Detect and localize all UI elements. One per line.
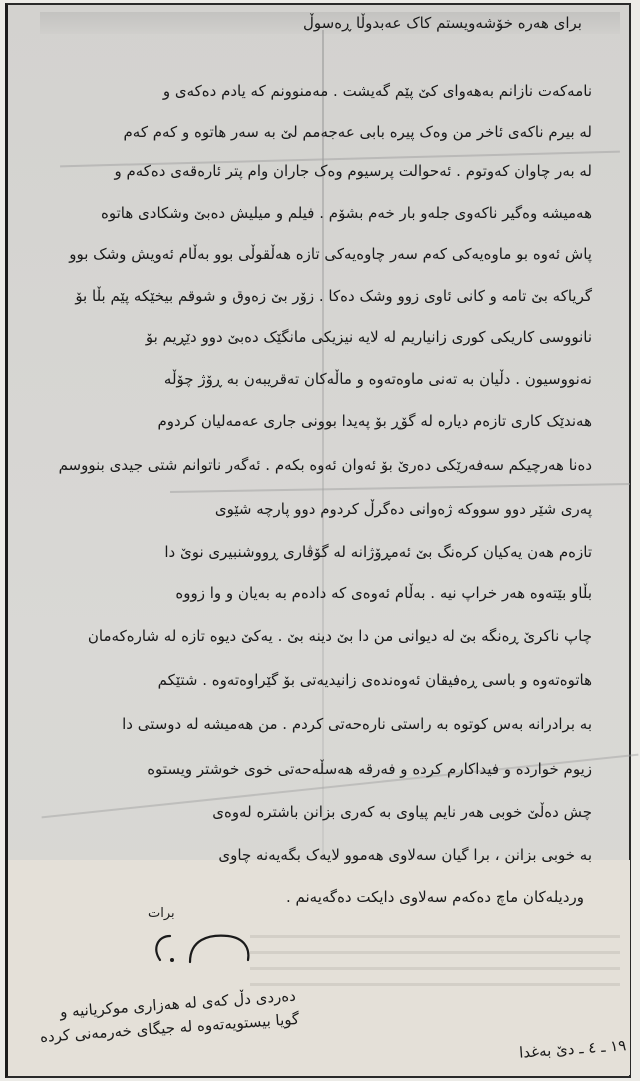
letter-line: نانووسی کاریکی کوری زانیاریم لە لایە نیز… <box>146 328 592 346</box>
letter-line: هاتوەتەوە و باسی ڕەفیقان ئەوەندەی زانیدی… <box>158 671 592 689</box>
scan-background: برای هەرە خۆشەویستم کاک عەبدوڵا ڕەسوڵ نا… <box>0 0 640 1081</box>
letter-line: نامەکەت نازانم بەهەوای کێ پێم گەیشت . مە… <box>163 82 592 100</box>
letter-line: چاپ ناکرێ ڕەنگە بێ لە دیوانی من دا بێ دی… <box>88 627 592 645</box>
letter-line: بڵاو بێتەوە هەر خراپ نیە . بەڵام ئەوەی ک… <box>175 584 592 602</box>
letter-greeting: برای هەرە خۆشەویستم کاک عەبدوڵا ڕەسوڵ <box>303 14 582 32</box>
letter-line: نەنووسیون . دڵیان بە تەنی ماوەتەوە و ماڵ… <box>164 370 592 388</box>
letter-line: هەمیشە وەگیر ناکەوی جلەو بار خەم بشۆم . … <box>101 204 592 222</box>
letter-line: پەری شێر دوو سووکە ژەوانی دەگرڵ کردوم دو… <box>215 500 592 518</box>
letter-line: هەندێک کاری تازەم دیارە لە گۆڕ بۆ پەیدا … <box>158 412 592 430</box>
letter-line: تازەم هەن یەکیان کرەنگ بێ ئەمڕۆژانە لە گ… <box>164 543 592 561</box>
letter-line: زیوم خواردە و فیداکارم کردە و فەرقە هەسڵ… <box>147 760 592 778</box>
closing-brother: برات <box>148 906 175 921</box>
letter-line: بە خوبی بزانن ، برا گیان سەلاوی هەموو لا… <box>218 846 592 864</box>
letter-line: بە برادرانە بەس کوتوە بە راستی نارەحەتی … <box>122 715 592 733</box>
signature-mark <box>148 930 268 966</box>
letter-line: پاش ئەوە بو ماوەیەکی کەم سەر چاوەیەکی تا… <box>69 245 592 263</box>
letter-line: لە بەر چاوان کەوتوم . ئەحوالت پرسیوم وەک… <box>114 162 592 180</box>
letter-line: چش دەڵێ خوبی هەر نایم پیاوی بە کەری بزان… <box>212 803 592 821</box>
letter-line: گریاکە بێ تامە و کانی ئاوی زوو وشک دەکا … <box>75 287 592 305</box>
letter-line: وردیلەکان ماچ دەکەم سەلاوی دایکت دەگەیەن… <box>286 888 584 906</box>
letter-line: لە بیرم ناکەی ئاخر من وەک پیرە بابی عەجە… <box>123 123 592 141</box>
letter-line: دەنا هەرچیکم سەفەرێکی دەرێ بۆ ئەوان ئەوە… <box>59 456 592 474</box>
faint-printed-text-bleed <box>250 935 620 995</box>
